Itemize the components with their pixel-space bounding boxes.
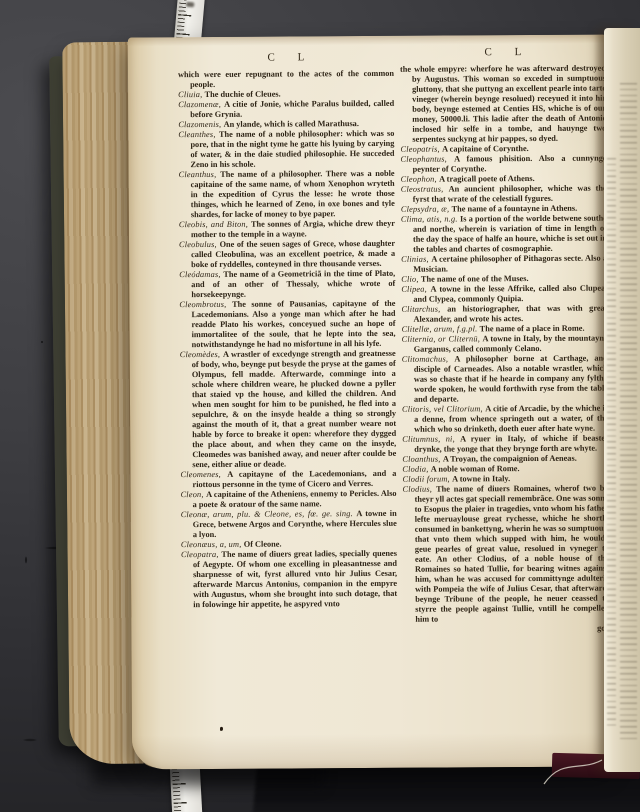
- entry-headword: Cleophon,: [401, 175, 439, 184]
- entry-headword: Clitellæ, arum, f.g.pl.: [402, 324, 480, 333]
- entry-headword: Clodius,: [403, 485, 437, 494]
- entry-headword: Cleomèdes,: [180, 350, 223, 359]
- entry-headword: Clodia,: [402, 465, 430, 474]
- dictionary-entry: Cleostratus,An auncient philosopher, whi…: [401, 184, 607, 205]
- dictionary-entry: Clitoris, vel Clitorium,A citie of Arcad…: [402, 404, 608, 435]
- entry-headword: Cleonæus, a, um,: [181, 540, 244, 549]
- entry-headword: Cleomenes,: [180, 470, 227, 479]
- next-page-edge: [604, 28, 640, 772]
- entry-body: The name of one of the Muses.: [421, 274, 529, 284]
- entry-body: The name of diuers Romaines, wherof two …: [415, 484, 610, 624]
- entry-headword: Cleobulus,: [179, 240, 220, 249]
- dictionary-entry: Clodius,The name of diuers Romaines, whe…: [403, 484, 610, 625]
- dictionary-entry: Cleon,A capitaine of the Atheniens, enne…: [181, 489, 397, 510]
- entry-body: A towne in Italy.: [452, 474, 510, 483]
- dictionary-entry: Cleomèdes,A wrastler of excedynge streng…: [180, 349, 397, 470]
- entry-headword: Cloanthus,: [402, 455, 443, 464]
- entry-body: A tragicall poete of Athens.: [439, 174, 535, 184]
- catchword: go: [403, 624, 609, 635]
- entry-body: The name of a philosopher. There was a n…: [191, 169, 395, 219]
- entry-body: Of Cleone.: [244, 540, 282, 549]
- show-through-text: [620, 83, 637, 743]
- dictionary-entry: Clitarchus,an historiographer, that was …: [401, 304, 607, 325]
- entry-body: A capitaine of the Atheniens, ennemy to …: [193, 489, 397, 509]
- dictionary-entry: Cleanthes,The name of a noble philosophe…: [178, 129, 394, 170]
- entry-body: The name of diuers great ladies, special…: [193, 549, 397, 609]
- entry-list-right: the whole empyre: wherfore he was afterw…: [400, 64, 609, 625]
- entry-headword: Cleombrotus,: [179, 300, 232, 309]
- dictionary-entry: Clitumnus, ni,A ryuer in Italy, of which…: [402, 434, 608, 455]
- dictionary-entry: Cleopatra,The name of diuers great ladie…: [181, 549, 397, 610]
- dictionary-entry: Cliternia, or Cliternū,A towne in Italy,…: [402, 334, 608, 355]
- entry-headword: Cleopatris,: [400, 145, 442, 154]
- entry-headword: Clepsydra, æ,: [401, 204, 452, 213]
- dictionary-entry: the whole empyre: wherfore he was afterw…: [400, 64, 606, 145]
- book-page: C L which were euer repugnant to the act…: [128, 35, 610, 770]
- dictionary-entry: Clipea,A towne in the lesse Affrike, cal…: [401, 284, 607, 305]
- dictionary-entry: Cleobulus,One of the seuen sages of Grec…: [179, 239, 395, 270]
- dictionary-entry: Cleanthus,The name of a philosopher. The…: [179, 169, 395, 220]
- thread: [538, 750, 610, 792]
- text-column-left: C L which were euer repugnant to the act…: [178, 51, 397, 610]
- running-header-right: C L: [400, 46, 606, 60]
- ink-speck: [220, 727, 223, 731]
- entry-headword: Clitumnus, ni,: [402, 434, 460, 443]
- photo-backdrop: C L which were euer repugnant to the act…: [0, 0, 640, 812]
- entry-headword: Clipea,: [401, 285, 430, 294]
- entry-body: The name of a place in Rome.: [480, 324, 585, 334]
- entry-body: The duchie of Cleues.: [205, 90, 281, 99]
- entry-headword: Cliternia, or Cliternū,: [402, 334, 483, 343]
- show-through-text: [607, 158, 616, 730]
- dictionary-entry: Cleonæ, arum, plu. & Cleone, es, fœ. ge.…: [181, 509, 397, 540]
- ruler-top: [174, 0, 205, 41]
- dictionary-entry: Cleódamas,The name of a Geometriciã in t…: [179, 269, 395, 300]
- entry-headword: Cleanthus,: [179, 170, 221, 179]
- entry-headword: Clinias,: [401, 255, 431, 264]
- entry-headword: Clazomenæ,: [178, 100, 224, 109]
- dictionary-entry: Cleophantus,A famous phisition. Also a c…: [400, 154, 606, 175]
- dictionary-entry: Cleobis, and Biton,The sonnes of Argia, …: [179, 219, 395, 240]
- entry-body: One of the seuen sages of Grece, whose d…: [191, 239, 395, 269]
- entry-body: The name of a noble philosopher: which w…: [190, 129, 394, 169]
- entry-body: A Troyan, the compaignion of Aeneas.: [443, 454, 577, 464]
- running-header-left: C L: [178, 51, 394, 65]
- entry-headword: Clitarchus,: [401, 305, 447, 314]
- entry-headword: Clio,: [401, 275, 421, 284]
- entry-body: The name of a fountayne in Athens.: [452, 204, 578, 214]
- entry-list-left: which were euer repugnant to the actes o…: [178, 69, 397, 610]
- entry-body: A certaine philosopher of Pithagoras sec…: [413, 254, 607, 274]
- entry-body: the whole empyre: wherfore he was afterw…: [400, 64, 606, 144]
- entry-body: An ylande, which is called Marathusa.: [224, 119, 359, 129]
- entry-headword: Clitomachus,: [402, 354, 455, 363]
- dictionary-entry: which were euer repugnant to the actes o…: [178, 69, 394, 90]
- entry-headword: Cleobis, and Biton,: [179, 220, 251, 229]
- entry-headword: Cleanthes,: [178, 130, 219, 139]
- entry-body: A capitaine of Corynthe.: [442, 144, 529, 154]
- entry-body: A towne in the lesse Affrike, called als…: [413, 284, 607, 304]
- entry-body: which were euer repugnant to the actes o…: [178, 69, 394, 89]
- dictionary-entry: Clazomenæ,A citie of Jonie, whiche Paral…: [178, 99, 394, 120]
- entry-headword: Clitoris, vel Clitorium,: [402, 404, 485, 414]
- entry-headword: Clima, atis, n.g.: [401, 214, 460, 223]
- dictionary-entry: Clitomachus,A philosopher borne at Carth…: [402, 354, 608, 405]
- entry-body: A wrastler of excedynge strength and gre…: [192, 349, 397, 469]
- entry-headword: Cleostratus,: [401, 185, 449, 194]
- entry-headword: Cliuia,: [178, 90, 205, 99]
- text-column-right: C L the whole empyre: wherfore he was af…: [400, 46, 610, 635]
- entry-headword: Cleophantus,: [400, 154, 454, 163]
- entry-headword: Cleonæ, arum, plu. & Cleone, es, fœ. ge.…: [181, 509, 357, 519]
- ruler-print-smudge: [186, 2, 194, 8]
- dictionary-entry: Cleomenes,A capitayne of the Lacedemonia…: [180, 469, 396, 490]
- entry-headword: Cleopatra,: [181, 550, 222, 559]
- entry-headword: Clodii forum,: [402, 474, 452, 483]
- dictionary-entry: Cleombrotus,The sonne of Pausanias, capi…: [179, 299, 395, 350]
- entry-headword: Cleon,: [181, 490, 207, 499]
- entry-headword: Clazomenis,: [178, 120, 223, 129]
- dictionary-entry: Clima, atis, n.g.Is a portion of the wor…: [401, 214, 607, 255]
- entry-body: A noble woman of Rome.: [431, 464, 520, 474]
- dictionary-entry: Clinias,A certaine philosopher of Pithag…: [401, 254, 607, 275]
- entry-headword: Cleódamas,: [179, 270, 223, 279]
